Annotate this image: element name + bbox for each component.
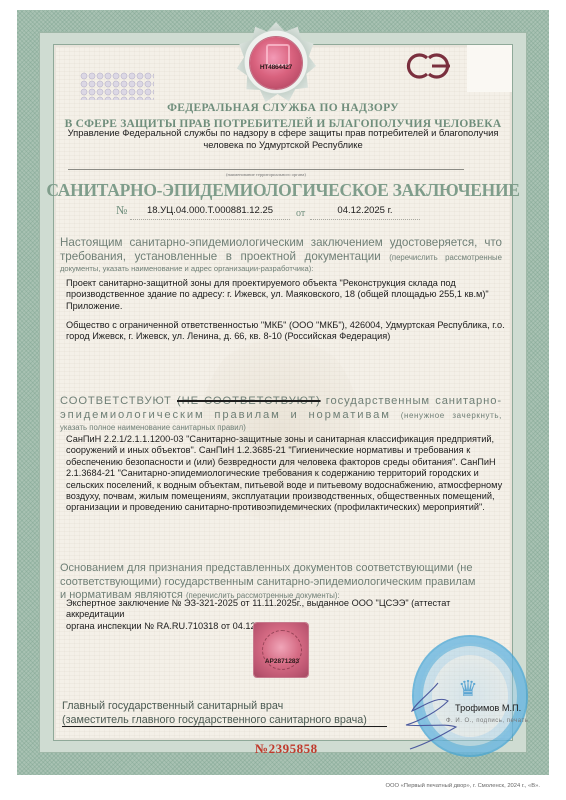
date-label: от — [296, 208, 305, 219]
project-line: Проект санитарно-защитной зоны для проек… — [66, 278, 506, 289]
document-title: САНИТАРНО-ЭПИДЕМИОЛОГИЧЕСКОЕ ЗАКЛЮЧЕНИЕ — [40, 180, 526, 201]
basis-line: соответствующими) государственным санита… — [60, 576, 506, 590]
conformity-line1-rest: государственным санитарно- — [326, 395, 502, 407]
hologram-mark-icon — [266, 44, 290, 66]
developer-info: Общество с ограниченной ответственностью… — [66, 320, 506, 343]
rule-line: СанПиН 2.2.1/2.1.1.1200-03 "Санитарно-за… — [66, 434, 506, 445]
se-logo-icon — [405, 52, 455, 80]
rule-line: сельских поселений, к водным объектам, п… — [66, 480, 506, 491]
developer-line: Общество с ограниченной ответственностью… — [66, 320, 506, 331]
conclusion-date: 04.12.2025 г. — [310, 205, 420, 220]
project-line: производственное здание по адресу: г. Иж… — [66, 289, 506, 300]
signer-title-line1: Главный государственный санитарный врач — [62, 700, 283, 712]
expert-line: Экспертное заключение № ЭЗ-321-2025 от 1… — [66, 598, 506, 621]
project-description: Проект санитарно-защитной зоны для проек… — [66, 278, 506, 312]
blank-security-field — [467, 45, 512, 92]
rule-line: обеспечению безопасности и (или) безвред… — [66, 457, 506, 468]
signer-title-line2: (заместитель главного государственного с… — [62, 714, 387, 727]
hologram-number: НТ4864427 — [252, 64, 300, 71]
number-label: № — [116, 203, 127, 218]
agency-name-line1: ФЕДЕРАЛЬНАЯ СЛУЖБА ПО НАДЗОРУ — [40, 102, 526, 114]
certification-statement: Настоящим санитарно-эпидемиологическим з… — [60, 236, 502, 265]
department-caption: (наименование территориального органа) — [68, 172, 464, 177]
hologram2-number: АР2871283 — [256, 658, 308, 665]
conformity-hint: указать полное наименование санитарных п… — [60, 423, 502, 432]
basis-statement: Основанием для признания представленных … — [60, 562, 506, 603]
conformity-status-struck: (НЕ СООТВЕТСТВУЮТ) — [177, 395, 321, 407]
conformity-line2: эпидемиологическим правилам и нормативам… — [60, 408, 502, 423]
printer-note: ООО «Первый печатный двор», г. Смоленск,… — [385, 783, 540, 789]
developer-line: город Ижевск, г. Ижевск, ул. Ленина, д. … — [66, 331, 506, 342]
department-line1: Управление Федеральной службы по надзору… — [40, 127, 526, 139]
rule-line: организации и проведению санитарно-проти… — [66, 502, 506, 513]
handwritten-signature-icon — [398, 665, 478, 755]
rule-line: 2.1.3684-21 "Санитарно-эпидемиологически… — [66, 468, 506, 479]
security-pattern — [80, 72, 154, 100]
conformity-line2-hint: (ненужное зачеркнуть, — [401, 411, 502, 420]
rule-line: воздуху, почвам, жилым помещениям, экспл… — [66, 491, 506, 502]
conformity-line2-text: эпидемиологическим правилам и нормативам — [60, 409, 401, 421]
territorial-department: Управление Федеральной службы по надзору… — [40, 127, 526, 151]
department-underline — [68, 169, 464, 170]
basis-line: Основанием для признания представленных … — [60, 562, 506, 576]
department-line2: человека по Удмуртской Республике — [40, 139, 526, 151]
certification-hint: (перечислить рассмотренные — [389, 253, 502, 262]
conformity-line1: СООТВЕТСТВУЮТ (НЕ СООТВЕТСТВУЮТ) государ… — [60, 394, 502, 408]
conclusion-number: 18.УЦ.04.000.Т.000881.12.25 — [130, 205, 290, 220]
conformity-status: СООТВЕТСТВУЮТ — [60, 395, 172, 407]
sanitary-rules-list: СанПиН 2.2.1/2.1.1.1200-03 "Санитарно-за… — [66, 434, 506, 514]
rule-line: сооружений и иных объектов". СанПиН 1.2.… — [66, 445, 506, 456]
serial-number: №2395858 — [255, 741, 318, 757]
project-line: Приложение. — [66, 301, 506, 312]
certification-hint-line2: документы, указать наименование и адрес … — [60, 264, 502, 273]
